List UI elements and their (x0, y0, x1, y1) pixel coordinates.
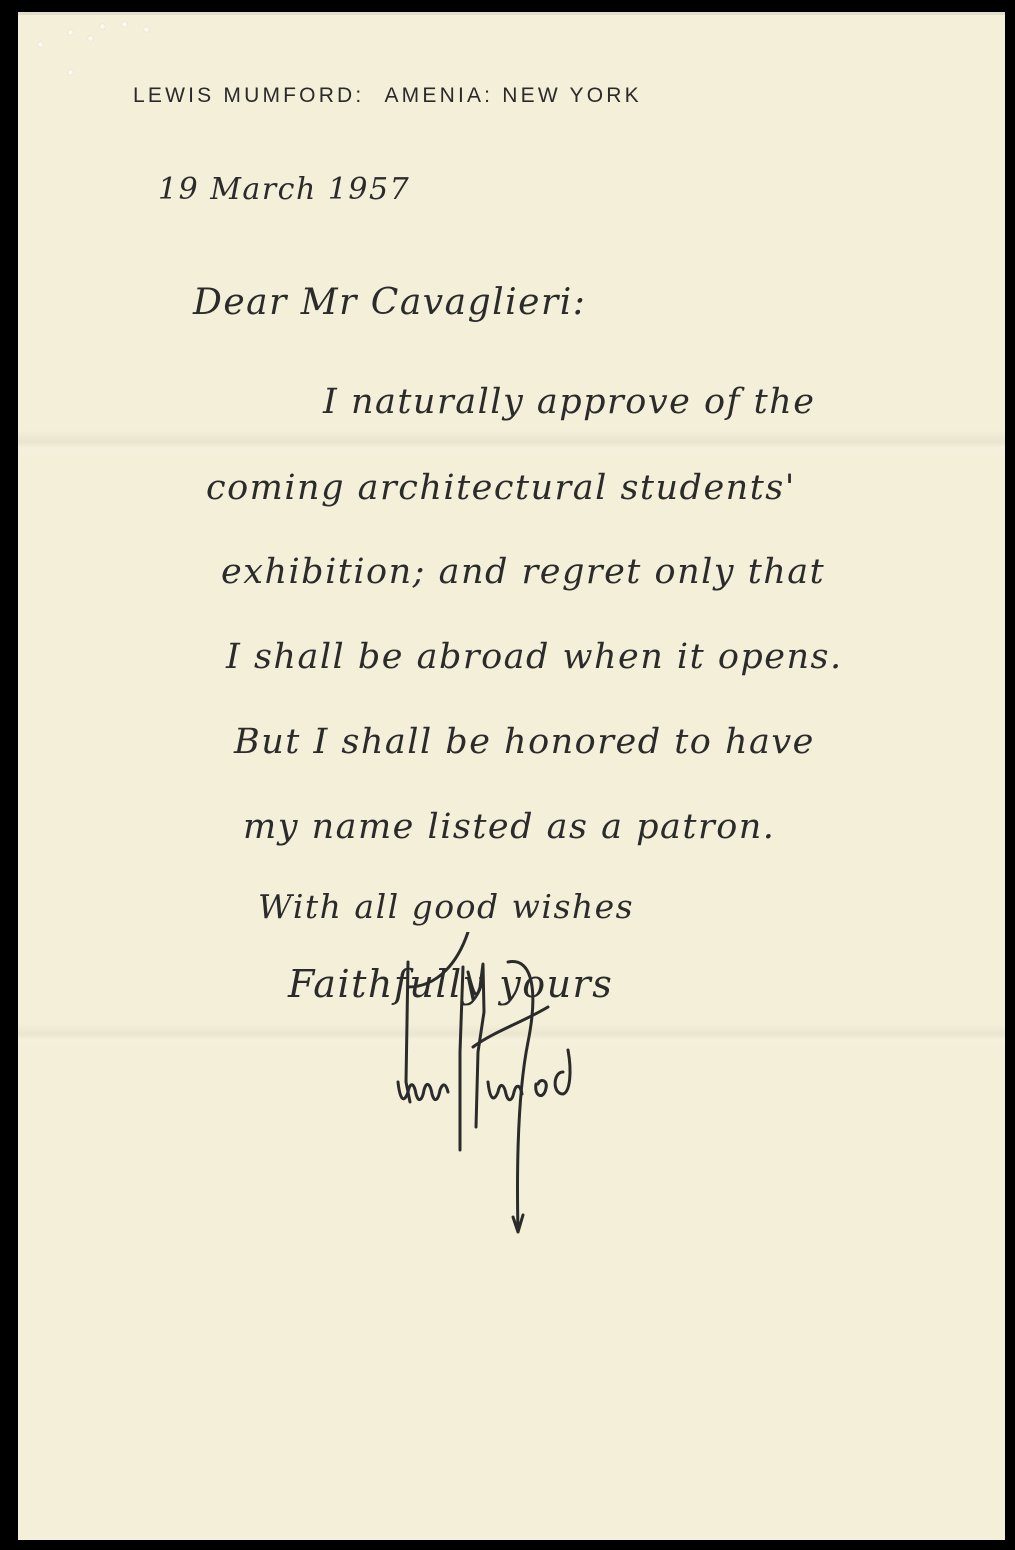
body-line: I naturally approve of the (323, 382, 815, 422)
body-line: exhibition; and regret only that (221, 552, 825, 592)
paper-perforation (88, 36, 93, 41)
salutation: Dear Mr Cavaglieri: (193, 282, 586, 323)
body-line: coming architectural students' (206, 468, 796, 508)
letterhead-name: LEWIS MUMFORD: (133, 84, 364, 107)
body-line: I shall be abroad when it opens. (226, 637, 843, 677)
paper-perforation (38, 42, 43, 47)
paper-perforation (144, 27, 149, 32)
body-line: But I shall be honored to have (234, 722, 815, 762)
letter-date: 19 March 1957 (158, 172, 410, 207)
paper-perforation (68, 70, 73, 75)
letterhead-state: NEW YORK (502, 84, 642, 107)
signature-strokes-icon (348, 932, 628, 1252)
paper-perforation (68, 30, 73, 35)
paper-perforation (122, 22, 127, 27)
letter-paper: LEWIS MUMFORD:AMENIA: NEW YORK 19 March … (18, 12, 1005, 1540)
letterhead: LEWIS MUMFORD:AMENIA: NEW YORK (133, 84, 642, 108)
paper-perforation (100, 24, 105, 29)
letterhead-town: AMENIA: (384, 84, 493, 107)
body-line: With all good wishes (258, 887, 634, 926)
signature: Lewis Mumford (348, 932, 628, 1252)
body-line: my name listed as a patron. (243, 807, 775, 847)
